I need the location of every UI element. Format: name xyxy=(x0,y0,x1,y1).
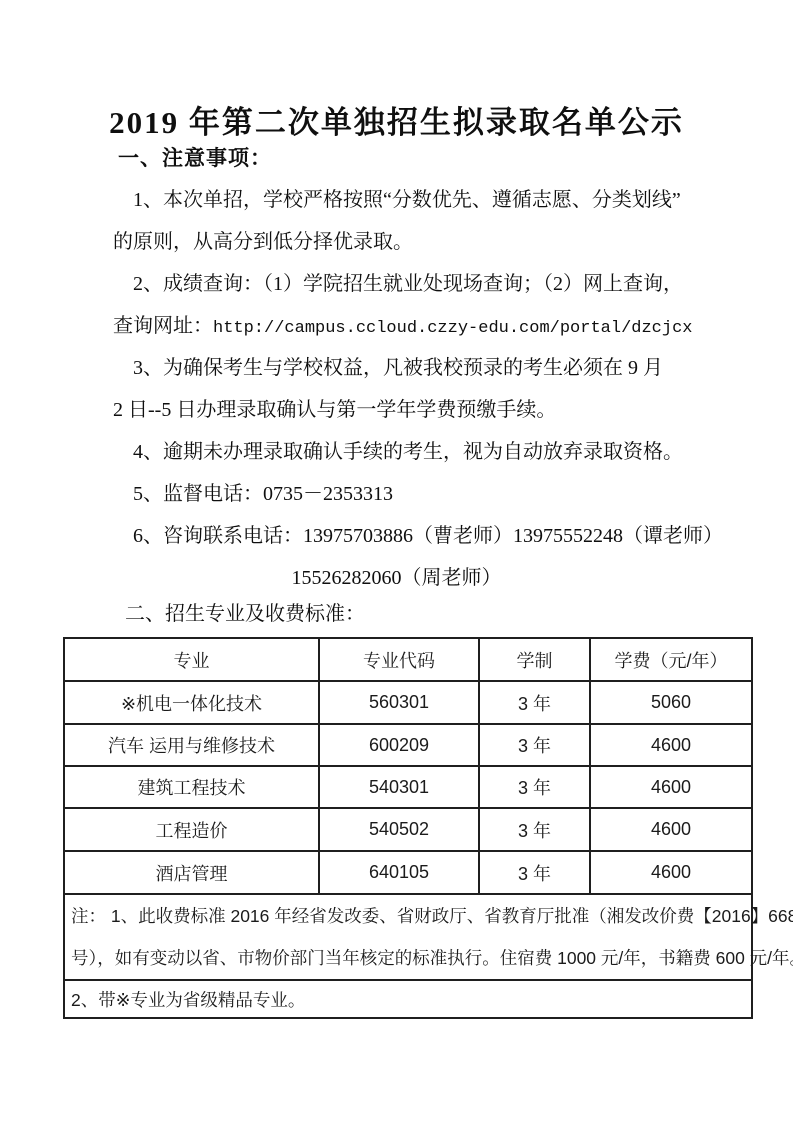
cell-duration: 3 年 xyxy=(479,851,590,894)
fee-table: 专业 专业代码 学制 学费（元/年） ※机电一体化技术 560301 3 年 5… xyxy=(63,637,753,1019)
column-header-duration: 学制 xyxy=(479,638,590,681)
column-header-major-code: 专业代码 xyxy=(319,638,479,681)
fee-note-2: 2、带※专业为省级精品专业。 xyxy=(64,980,752,1018)
cell-major: 酒店管理 xyxy=(64,851,319,894)
query-url-label: 查询网址： xyxy=(113,315,213,337)
fee-note-1-line-2: 号），如有变动以省、市物价部门当年核定的标准执行。住宿费 1000 元/年，书籍… xyxy=(71,937,745,979)
notice-list: 1、本次单招，学校严格按照“分数优先、遵循志愿、分类划线” 的原则，从高分到低分… xyxy=(113,179,680,599)
fee-note-1-line-1: 注： 1、此收费标准 2016 年经省发改委、省财政厅、省教育厅批准（湘发改价费… xyxy=(71,895,745,937)
cell-tuition: 4600 xyxy=(590,766,752,808)
table-row: 酒店管理 640105 3 年 4600 xyxy=(64,851,752,894)
table-row: ※机电一体化技术 560301 3 年 5060 xyxy=(64,681,752,724)
cell-major-code: 540502 xyxy=(319,808,479,851)
cell-duration: 3 年 xyxy=(479,766,590,808)
query-url: http://campus.ccloud.czzy-edu.com/portal… xyxy=(213,319,692,338)
cell-tuition: 4600 xyxy=(590,808,752,851)
fee-note-1: 注： 1、此收费标准 2016 年经省发改委、省财政厅、省教育厅批准（湘发改价费… xyxy=(64,894,752,980)
cell-major: 建筑工程技术 xyxy=(64,766,319,808)
notice-item-5: 5、监督电话：0735－2353313 xyxy=(113,473,680,515)
notice-item-3-line-1: 3、为确保考生与学校权益，凡被我校预录的考生必须在 9 月 xyxy=(113,347,680,389)
notice-item-4: 4、逾期未办理录取确认手续的考生，视为自动放弃录取资格。 xyxy=(113,431,680,473)
document-page: 2019 年第二次单独招生拟录取名单公示 一、注意事项： 1、本次单招，学校严格… xyxy=(0,0,793,1122)
cell-duration: 3 年 xyxy=(479,808,590,851)
cell-major-code: 540301 xyxy=(319,766,479,808)
table-header-row: 专业 专业代码 学制 学费（元/年） xyxy=(64,638,752,681)
cell-major: ※机电一体化技术 xyxy=(64,681,319,724)
cell-duration: 3 年 xyxy=(479,681,590,724)
column-header-major: 专业 xyxy=(64,638,319,681)
section2-heading: 二、招生专业及收费标准： xyxy=(125,600,365,628)
section1-heading: 一、注意事项： xyxy=(118,142,272,172)
notice-item-2-line-1: 2、成绩查询：（1）学院招生就业处现场查询；（2）网上查询， xyxy=(113,263,680,305)
notice-item-3-line-2: 2 日--5 日办理录取确认与第一学年学费预缴手续。 xyxy=(113,389,680,431)
notice-item-6-line-1: 6、咨询联系电话：13975703886（曹老师）13975552248（谭老师… xyxy=(113,515,680,557)
cell-major-code: 600209 xyxy=(319,724,479,766)
cell-major: 工程造价 xyxy=(64,808,319,851)
notice-item-6-line-2: 15526282060（周老师） xyxy=(113,557,680,599)
table-note-row-1: 注： 1、此收费标准 2016 年经省发改委、省财政厅、省教育厅批准（湘发改价费… xyxy=(64,894,752,980)
table-note-row-2: 2、带※专业为省级精品专业。 xyxy=(64,980,752,1018)
table-row: 工程造价 540502 3 年 4600 xyxy=(64,808,752,851)
notice-item-1-line-1: 1、本次单招，学校严格按照“分数优先、遵循志愿、分类划线” xyxy=(113,179,680,221)
page-title: 2019 年第二次单独招生拟录取名单公示 xyxy=(0,97,793,142)
cell-major: 汽车 运用与维修技术 xyxy=(64,724,319,766)
cell-major-code: 560301 xyxy=(319,681,479,724)
notice-item-2-line-2: 查询网址：http://campus.ccloud.czzy-edu.com/p… xyxy=(113,305,680,347)
cell-duration: 3 年 xyxy=(479,724,590,766)
column-header-tuition: 学费（元/年） xyxy=(590,638,752,681)
table-row: 汽车 运用与维修技术 600209 3 年 4600 xyxy=(64,724,752,766)
cell-tuition: 4600 xyxy=(590,851,752,894)
cell-major-code: 640105 xyxy=(319,851,479,894)
cell-tuition: 5060 xyxy=(590,681,752,724)
table-row: 建筑工程技术 540301 3 年 4600 xyxy=(64,766,752,808)
notice-item-1-line-2: 的原则，从高分到低分择优录取。 xyxy=(113,221,680,263)
cell-tuition: 4600 xyxy=(590,724,752,766)
